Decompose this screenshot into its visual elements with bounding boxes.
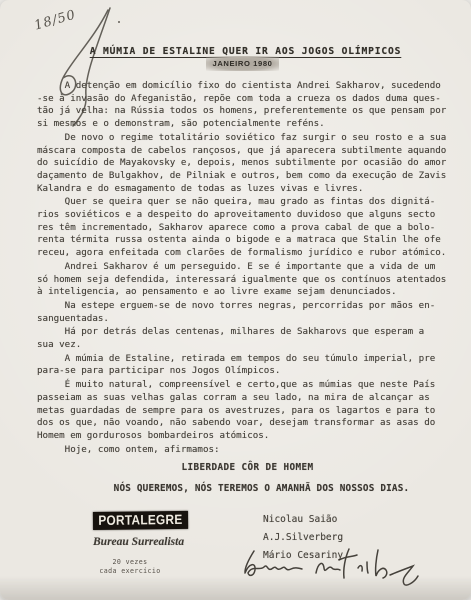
scanned-document-page: 18/50 A MÚMIA DE ESTALINE QUER IR AOS JO… <box>0 0 471 600</box>
slogan-line: NÓS QUEREMOS, NÓS TEREMOS O AMANHÃ DOS N… <box>26 483 471 494</box>
portalegre-label: PORTALEGRE <box>93 511 188 530</box>
print-note-line: cada exercício <box>84 567 176 576</box>
signatory-name: A.J.Silverberg <box>263 529 343 547</box>
paragraph: Na estepe erguem-se de novo torres negra… <box>37 300 451 325</box>
paragraph: Hoje, como ontem, afirmamos: <box>37 444 451 457</box>
paragraph: Andrei Sakharov é um perseguido. E se é … <box>37 261 451 299</box>
paragraph: Quer se queira quer se não queira, mau g… <box>37 196 451 260</box>
signatory-name: Nicolau Saião <box>263 511 343 529</box>
paragraph: É muito natural, compreensível e certo,q… <box>37 379 451 443</box>
handwritten-edition-number: 18/50 <box>33 7 78 33</box>
paragraph: Há por detrás delas centenas, milhares d… <box>37 326 451 351</box>
print-run-note: 20 vezes cada exercício <box>84 558 176 576</box>
slogan-line: LIBERDADE CÔR DE HOMEM <box>12 462 471 473</box>
paragraph: De novo o regime totalitário soviético f… <box>37 132 451 196</box>
date-stamp: JANEIRO 1980 <box>206 56 280 71</box>
paragraph: A detenção em domicílio fixo do cientist… <box>37 80 451 131</box>
group-name: Bureau Surrealista <box>93 536 184 548</box>
document-body: A detenção em domicílio fixo do cientist… <box>37 80 451 457</box>
signatory-name: Mário Cesariny <box>263 547 343 565</box>
signatory-list: Nicolau Saião A.J.Silverberg Mário Cesar… <box>263 511 343 565</box>
paragraph: A múmia de Estaline, retirada em tempos … <box>37 353 451 378</box>
print-note-line: 20 vezes <box>84 558 176 567</box>
